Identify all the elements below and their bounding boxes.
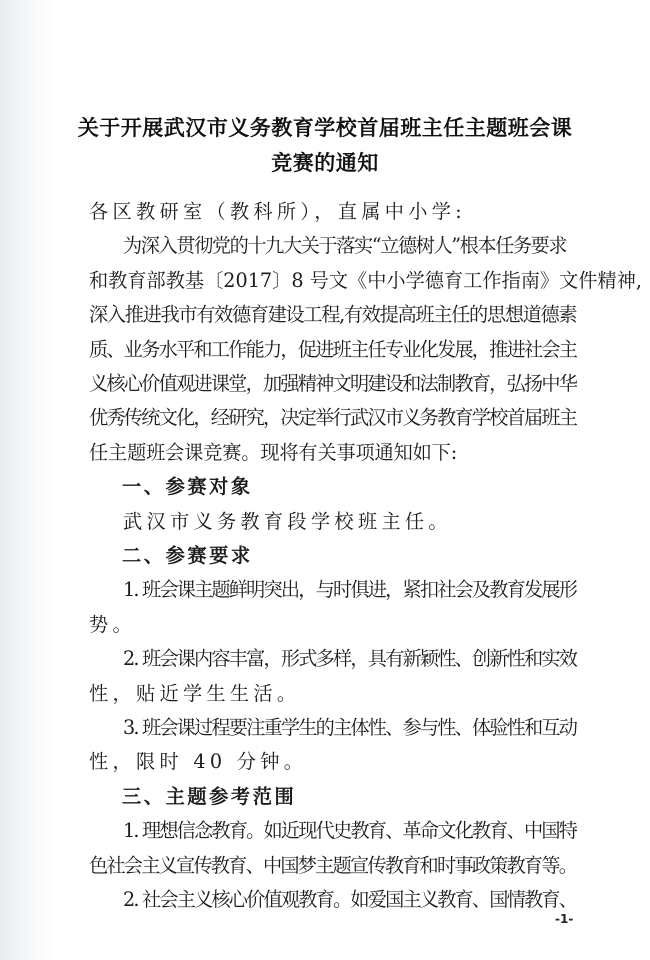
theme-item-1-line: 1. 理想信念教育。如近现代史教育、革命文化教育、中国特 — [123, 819, 613, 843]
requirement-item-3-line: 性，限时 40 分钟。 — [89, 750, 579, 774]
requirement-item-1-line: 势。 — [89, 613, 579, 637]
intro-paragraph-line: 质、业务水平和工作能力，促进班主任专业化发展，推进社会主 — [89, 338, 579, 362]
intro-paragraph-line: 为深入贯彻党的十九大关于落实“立德树人”根本任务要求 — [123, 234, 613, 258]
intro-paragraph-line: 任主题班会课竞赛。现将有关事项通知如下: — [89, 441, 579, 465]
section-heading-requirements: 二、参赛要求 — [122, 544, 612, 568]
intro-paragraph-line: 和教育部教基〔2017〕8 号文《中小学德育工作指南》文件精神, — [89, 269, 579, 293]
theme-item-1-line: 色社会主义宣传教育、中国梦主题宣传教育和时事政策教育等。 — [89, 854, 579, 878]
requirement-item-2-line: 性，贴近学生生活。 — [89, 682, 579, 706]
intro-paragraph-line: 义核心价值观进课堂，加强精神文明建设和法制教育，弘扬中华 — [89, 372, 579, 396]
requirement-item-2-line: 2. 班会课内容丰富，形式多样，具有新颖性、创新性和实效 — [123, 647, 613, 671]
salutation: 各区教研室（教科所），直属中小学: — [89, 200, 579, 224]
section-body-line: 武汉市义务教育段学校班主任。 — [123, 510, 613, 534]
intro-paragraph-line: 深入推进我市有效德育建设工程,有效提高班主任的思想道德素 — [89, 303, 579, 327]
page-number: -1- — [555, 912, 573, 926]
section-heading-participants: 一、参赛对象 — [122, 475, 612, 499]
theme-item-2-line: 2. 社会主义核心价值观教育。如爱国主义教育、国情教育、 — [123, 888, 613, 912]
document-page: 关于开展武汉市义务教育学校首届班主任主题班会课 竞赛的通知 各区教研室（教科所）… — [0, 0, 650, 960]
intro-paragraph-line: 优秀传统文化，经研究，决定举行武汉市义务教育学校首届班主 — [89, 406, 579, 430]
requirement-item-3-line: 3. 班会课过程要注重学生的主体性、参与性、体验性和互动 — [123, 716, 613, 740]
document-title-line-2: 竞赛的通知 — [0, 147, 650, 177]
requirement-item-1-line: 1. 班会课主题鲜明突出，与时俱进，紧扣社会及教育发展形 — [123, 578, 613, 602]
document-title-line-1: 关于开展武汉市义务教育学校首届班主任主题班会课 — [0, 112, 650, 142]
section-heading-theme-scope: 三、主题参考范围 — [122, 785, 612, 809]
